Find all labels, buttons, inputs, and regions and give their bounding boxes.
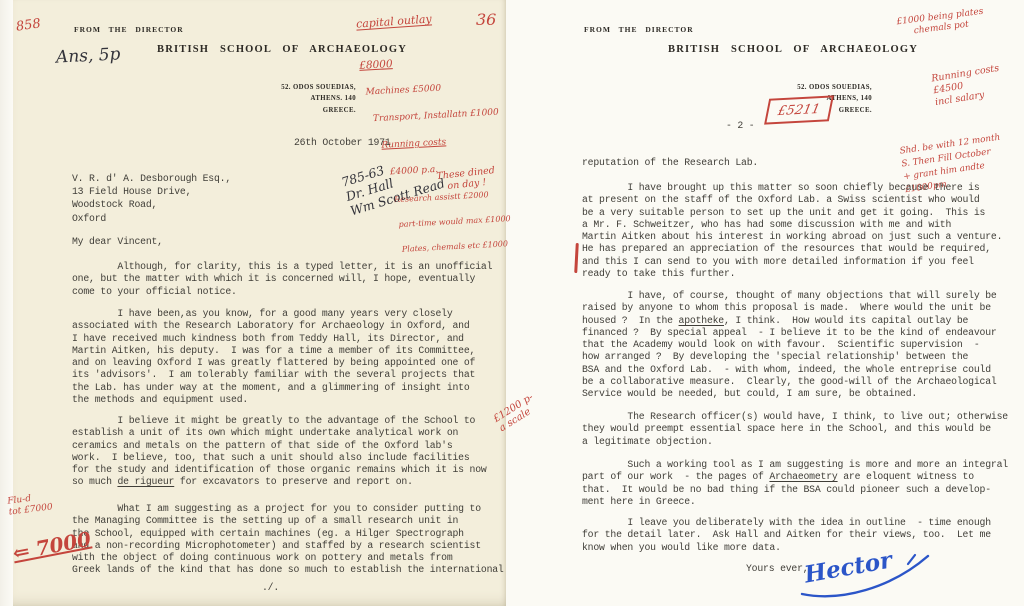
paragraph-8-underlined: Archaeometry — [769, 471, 837, 482]
letterhead-address-p1: 52. ODOS SOUEDIAS, ATHENS. 140 GREECE. — [248, 82, 356, 116]
from-director-line-p1: FROM THE DIRECTOR — [74, 25, 184, 34]
paragraph-4: What I am suggesting as a project for yo… — [72, 503, 504, 577]
paragraph-5: I have brought up this matter so soon ch… — [582, 182, 1002, 280]
plates-note-annotation: £1000 being plates chemals pot — [896, 7, 985, 39]
recipient-address: V. R. d' A. Desborough Esq., 13 Field Ho… — [72, 172, 231, 225]
salutation: My dear Vincent, — [72, 236, 163, 248]
cost-line: Machines £5000 — [365, 79, 504, 100]
folio-number: 36 — [476, 10, 496, 29]
carryover-line: reputation of the Research Lab. — [582, 157, 758, 169]
paragraph-3: I believe it might be greatly to the adv… — [72, 415, 487, 489]
cost-line: Transport, Installatn £1000 — [373, 106, 506, 126]
paragraph-6: I have, of course, thought of many objec… — [582, 290, 997, 401]
running-costs-annotation: Running costs £4500 incl salary — [929, 51, 1006, 121]
paragraph-8: Such a working tool as I am suggesting i… — [582, 459, 1008, 508]
scanned-letter: 858 FROM THE DIRECTOR Ans, 5p BRITISH SC… — [0, 0, 1024, 606]
paragraph-3-text: for excavators to preserve and report on… — [174, 476, 413, 487]
paragraph-3-underlined: de rigueur — [117, 476, 174, 487]
running-costs-line: Running costs £4500 incl salary — [931, 63, 1004, 109]
margin-emphasis-line — [574, 243, 578, 273]
page-number: - 2 - — [726, 120, 754, 132]
signature-block: Hector — [796, 548, 936, 603]
paragraph-7: The Research officer(s) would have, I th… — [582, 411, 1008, 448]
cost-line: part-time would max £1000 — [398, 213, 511, 230]
cost-line: Running costs — [381, 133, 507, 153]
paragraph-2: I have been,as you know, for a good many… — [72, 308, 475, 406]
cost-line: Plates, chemals etc £1000 — [402, 238, 513, 256]
ans-annotation: Ans, 5p — [56, 44, 121, 67]
boxed-sum-annotation: £5211 — [764, 95, 834, 124]
paragraph-6-text: , I think. How would its capital outlay … — [582, 315, 997, 400]
paragraph-6-underlined: apotheke — [679, 315, 724, 326]
cost-line: £8000 — [359, 52, 503, 73]
continuation-mark: ./. — [262, 582, 279, 594]
date-line: 26th October 1971 — [294, 137, 391, 149]
school-name-p2: BRITISH SCHOOL OF ARCHAEOLOGY — [668, 44, 918, 55]
paragraph-1: Although, for clarity, this is a typed l… — [72, 261, 492, 298]
from-director-line-p2: FROM THE DIRECTOR — [584, 25, 694, 34]
boxed-sum-value: £5211 — [777, 101, 822, 118]
